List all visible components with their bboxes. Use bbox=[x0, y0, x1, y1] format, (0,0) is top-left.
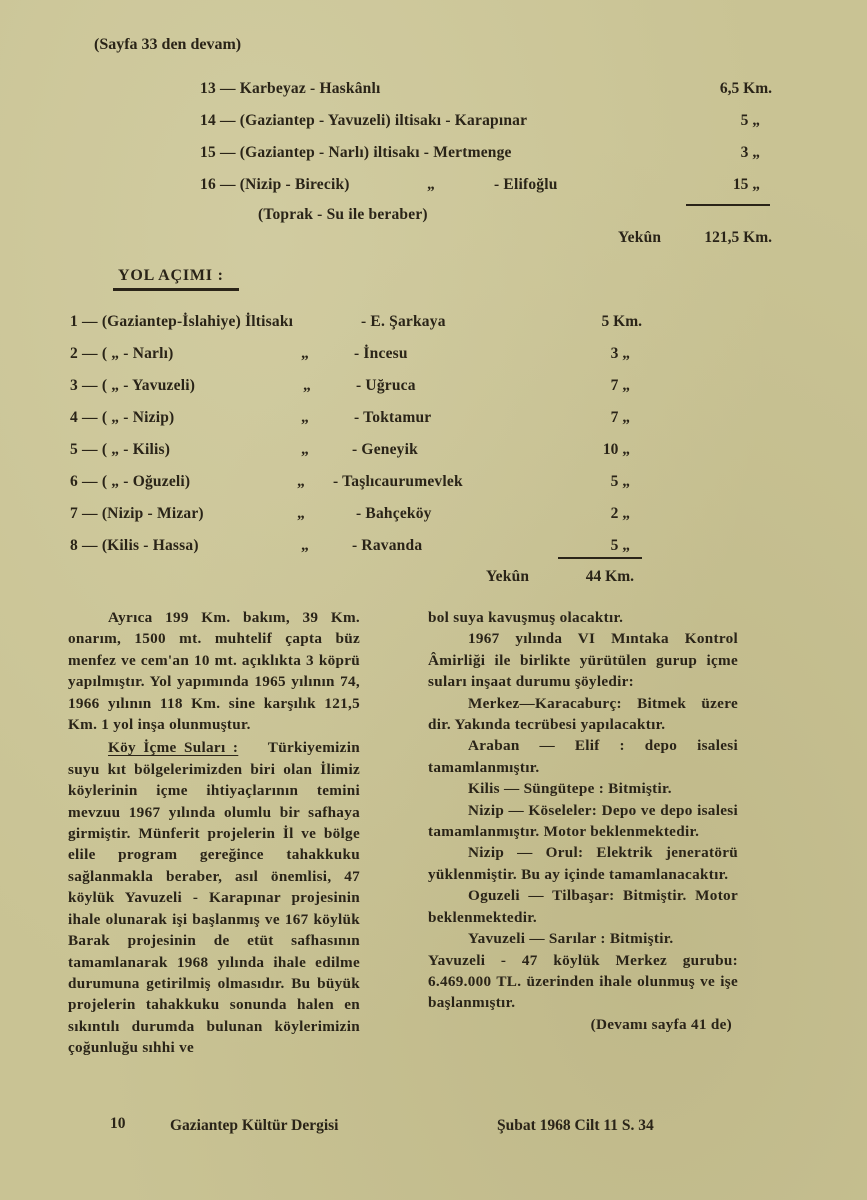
row-km: 5 „ bbox=[570, 537, 630, 555]
row-km: 15 „ bbox=[680, 176, 760, 194]
ditto-mark: „ bbox=[301, 441, 309, 459]
row-route: ( „ - Narlı) bbox=[102, 345, 174, 362]
row-number: 5 — bbox=[70, 441, 98, 458]
total-label: Yekûn bbox=[618, 229, 661, 247]
row-km: 7 „ bbox=[570, 377, 630, 395]
list-b-row: 8 — (Kilis - Hassa) bbox=[70, 537, 199, 555]
list-a-row: 14 — (Gaziantep - Yavuzeli) iltisakı - K… bbox=[200, 112, 527, 130]
row-route: (Gaziantep - Yavuzeli) iltisakı - Karapı… bbox=[240, 112, 527, 129]
row-route: (Nizip - Birecik) bbox=[240, 176, 350, 193]
row-km: 3 „ bbox=[570, 345, 630, 363]
ditto-mark: „ bbox=[427, 176, 435, 194]
paragraph: Oguzeli — Tilbaşar: Bitmiştir. Motor bek… bbox=[428, 885, 738, 928]
publication-name: Gaziantep Kültür Dergisi bbox=[170, 1117, 339, 1135]
paragraph: Araban — Elif : depo isalesi tamamlanmış… bbox=[428, 735, 738, 778]
row-number: 13 — bbox=[200, 80, 236, 97]
row-destination: - Geneyik bbox=[352, 441, 418, 459]
row-number: 7 — bbox=[70, 505, 98, 522]
row-destination: - Bahçeköy bbox=[356, 505, 432, 523]
section-title-underline bbox=[113, 288, 239, 291]
row-route: (Kilis - Hassa) bbox=[102, 537, 199, 554]
list-a-row: 16 — (Nizip - Birecik) bbox=[200, 176, 350, 194]
list-b-row: 1 — (Gaziantep-İslahiye) İltisakı bbox=[70, 313, 293, 331]
total-value: 44 Km. bbox=[560, 568, 634, 586]
row-route: ( „ - Nizip) bbox=[102, 409, 175, 426]
row-route: ( „ - Oğuzeli) bbox=[102, 473, 190, 490]
row-number: 1 — bbox=[70, 313, 98, 330]
row-destination: - E. Şarkaya bbox=[361, 313, 446, 331]
paragraph: Nizip — Köseleler: Depo ve depo isalesi … bbox=[428, 800, 738, 843]
row-km: 7 „ bbox=[570, 409, 630, 427]
issue-info: Şubat 1968 Cilt 11 S. 34 bbox=[497, 1117, 654, 1135]
right-column: bol suya kavuşmuş olacaktır. 1967 yılınd… bbox=[428, 607, 738, 1035]
row-route: (Gaziantep - Narlı) iltisakı - Mertmenge bbox=[240, 144, 512, 161]
page-number: 10 bbox=[110, 1115, 126, 1133]
paragraph: Ayrıca 199 Km. bakım, 39 Km. onarım, 150… bbox=[68, 607, 360, 735]
total-value: 121,5 Km. bbox=[678, 229, 772, 247]
list-b-row: 7 — (Nizip - Mizar) bbox=[70, 505, 204, 523]
row-number: 16 — bbox=[200, 176, 236, 193]
continued-from-note: (Sayfa 33 den devam) bbox=[94, 36, 241, 54]
list-b-row: 3 — ( „ - Yavuzeli) bbox=[70, 377, 195, 395]
row-route: ( „ - Yavuzeli) bbox=[102, 377, 195, 394]
row-destination: - Elifoğlu bbox=[494, 176, 558, 194]
list-b-row: 4 — ( „ - Nizip) bbox=[70, 409, 174, 427]
ditto-mark: „ bbox=[303, 377, 311, 395]
row-km: 10 „ bbox=[570, 441, 630, 459]
row-number: 8 — bbox=[70, 537, 98, 554]
row-number: 3 — bbox=[70, 377, 98, 394]
row-km: 5 „ bbox=[680, 112, 760, 130]
subheading-koy-icme-sulari: Köy İçme Suları : bbox=[108, 739, 238, 756]
row-route: (Gaziantep-İslahiye) İltisakı bbox=[102, 313, 293, 330]
row-number: 15 — bbox=[200, 144, 236, 161]
continued-note: (Devamı sayfa 41 de) bbox=[428, 1014, 738, 1035]
paragraph: bol suya kavuşmuş olacaktır. bbox=[428, 607, 738, 628]
sum-rule bbox=[558, 557, 642, 559]
list-b-row: 5 — ( „ - Kilis) bbox=[70, 441, 170, 459]
magazine-page: (Sayfa 33 den devam) 13 — Karbeyaz - Has… bbox=[0, 0, 867, 1200]
row-number: 4 — bbox=[70, 409, 98, 426]
row-destination: - Uğruca bbox=[356, 377, 416, 395]
ditto-mark: „ bbox=[301, 409, 309, 427]
row-route: Karbeyaz - Haskânlı bbox=[240, 80, 381, 97]
total-label: Yekûn bbox=[486, 568, 529, 586]
section-title-yol-acimi: YOL AÇIMI : bbox=[118, 267, 224, 285]
ditto-mark: „ bbox=[297, 473, 305, 491]
list-b-row: 6 — ( „ - Oğuzeli) bbox=[70, 473, 190, 491]
sum-rule bbox=[686, 204, 770, 206]
ditto-mark: „ bbox=[301, 537, 309, 555]
row-number: 2 — bbox=[70, 345, 98, 362]
ditto-mark: „ bbox=[297, 505, 305, 523]
row-number: 6 — bbox=[70, 473, 98, 490]
row-route: (Nizip - Mizar) bbox=[102, 505, 204, 522]
row-destination: - İncesu bbox=[354, 345, 408, 363]
row-route: ( „ - Kilis) bbox=[102, 441, 170, 458]
paragraph: Merkez—Karacaburç: Bitmek üzere dir. Yak… bbox=[428, 693, 738, 736]
paragraph: Köy İçme Suları : Türkiyemizin suyu kıt … bbox=[68, 737, 360, 1058]
paragraph: Nizip — Orul: Elektrik jeneratörü yüklen… bbox=[428, 842, 738, 885]
paragraph: Yavuzeli — Sarılar : Bitmiştir. bbox=[428, 928, 738, 949]
paragraph: 1967 yılında VI Mıntaka Kontrol Âmirliği… bbox=[428, 628, 738, 692]
row-km: 2 „ bbox=[570, 505, 630, 523]
list-a-row: 15 — (Gaziantep - Narlı) iltisakı - Mert… bbox=[200, 144, 512, 162]
list-a-row: 13 — Karbeyaz - Haskânlı bbox=[200, 80, 381, 98]
row-km: 5 Km. bbox=[570, 313, 642, 331]
row-destination: - Toktamur bbox=[354, 409, 431, 427]
row-number: 14 — bbox=[200, 112, 236, 129]
row-km: 3 „ bbox=[680, 144, 760, 162]
paragraph-text: Türkiyemizin suyu kıt bölgelerimizden bi… bbox=[68, 739, 360, 1056]
row-km: 5 „ bbox=[570, 473, 630, 491]
left-column: Ayrıca 199 Km. bakım, 39 Km. onarım, 150… bbox=[68, 607, 360, 1059]
paragraph: Yavuzeli - 47 köylük Merkez gurubu: 6.46… bbox=[428, 950, 738, 1014]
row-km: 6,5 Km. bbox=[680, 80, 772, 98]
paragraph: Kilis — Süngütepe : Bitmiştir. bbox=[428, 778, 738, 799]
list-a-note: (Toprak - Su ile beraber) bbox=[258, 206, 428, 224]
list-b-row: 2 — ( „ - Narlı) bbox=[70, 345, 174, 363]
row-destination: - Ravanda bbox=[352, 537, 422, 555]
row-destination: - Taşlıcaurumevlek bbox=[333, 473, 463, 491]
ditto-mark: „ bbox=[301, 345, 309, 363]
